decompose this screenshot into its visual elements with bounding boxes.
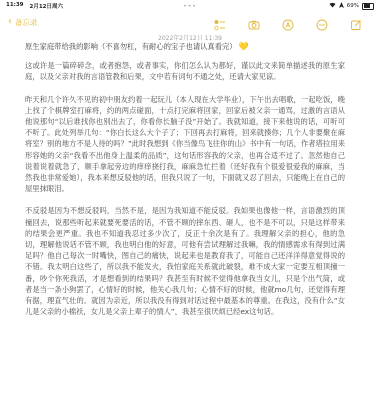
status-date: 2月12日周六 (30, 2, 63, 10)
note-paragraph: 这或许是一篇碎碎念，或者抱怨，或者事实，你们怎么认为都好，谨以此文来简单描述我的… (25, 60, 345, 82)
back-label: 备忘录 (15, 17, 38, 28)
more-icon[interactable] (316, 16, 328, 28)
battery-icon (362, 3, 374, 10)
chevron-left-icon: ‹ (8, 17, 12, 27)
battery-percent: 69% (347, 3, 359, 9)
wifi-icon (329, 2, 336, 10)
note-paragraph: 昨天和几个许久不见的初中朋友约着一起玩儿（本人现在大学毕业），下午出去唱歌，一起… (25, 94, 345, 195)
notes-toolbar: ‹ 备忘录 (0, 12, 380, 32)
status-time: 11:39 (6, 2, 24, 10)
note-title: 原生家庭带给我的影响（不喜勿杠，有耐心的宝子也请认真看完）💛 (25, 41, 345, 52)
multitasking-dots[interactable]: ••• (183, 3, 197, 10)
back-button[interactable]: ‹ 备忘录 (8, 17, 38, 28)
status-bar: 11:39 2月12日周六 ••• 69% (0, 0, 380, 12)
markup-icon[interactable] (282, 16, 294, 28)
note-paragraph: 不反驳是因为不想反驳吗，当然不是，是因为我知道不能反驳。我如果也像他一样，言语激… (25, 205, 345, 317)
note-title-text: 原生家庭带给我的影响（不喜勿杠，有耐心的宝子也请认真看完） (25, 42, 237, 51)
compose-icon[interactable] (350, 16, 362, 28)
yellow-heart-icon: 💛 (239, 42, 249, 51)
note-body[interactable]: 原生家庭带给我的影响（不喜勿杠，有耐心的宝子也请认真看完）💛 这或许是一篇碎碎念… (25, 41, 345, 328)
camera-icon[interactable] (248, 16, 260, 28)
checklist-icon[interactable] (214, 16, 226, 28)
location-icon (339, 2, 344, 10)
